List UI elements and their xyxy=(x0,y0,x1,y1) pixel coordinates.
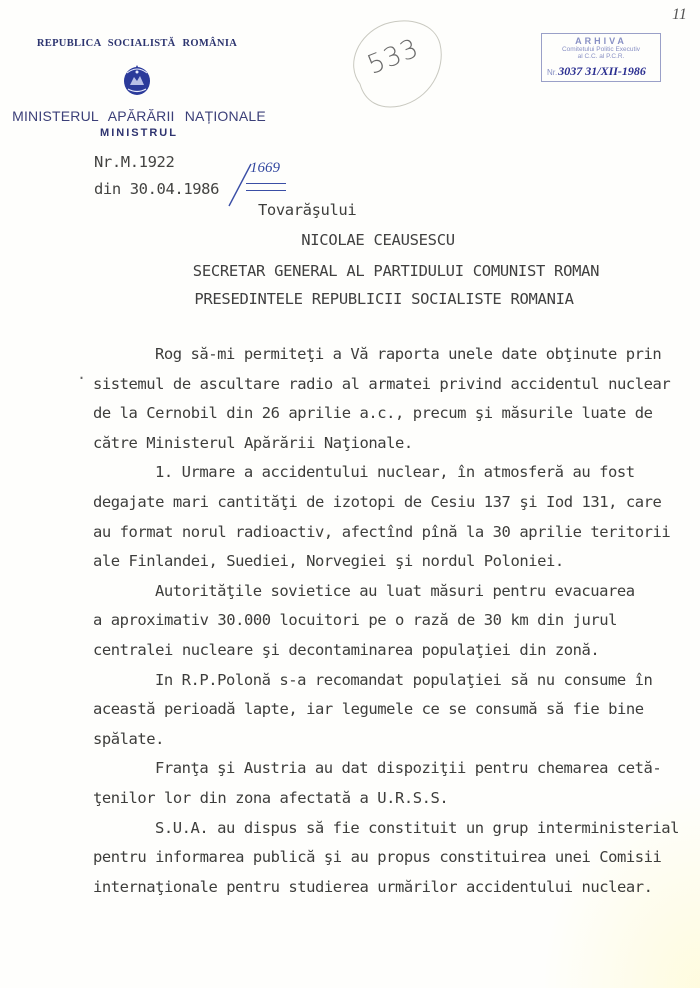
addressee-title-president: PRESEDINTELE REPUBLICII SOCIALISTE ROMAN… xyxy=(34,290,700,308)
body-line: au format norul radioactiv, afectînd pîn… xyxy=(93,518,693,548)
body-line: această perioadă lapte, iar legumele ce … xyxy=(93,695,693,725)
archive-stamp-nr-label: Nr. xyxy=(547,68,557,77)
stray-dot-mark: . xyxy=(77,365,86,383)
page-number-annotation: 11 xyxy=(672,6,687,24)
body-line: ţenilor lor din zona afectată a U.R.S.S. xyxy=(93,784,693,814)
letterhead-republic: REPUBLICA SOCIALISTĂ ROMÂNIA xyxy=(30,38,244,49)
body-line: ale Finlandei, Suediei, Norvegiei şi nor… xyxy=(93,547,693,577)
document-date: din 30.04.1986 xyxy=(94,180,219,198)
body-line: degajate mari cantităţi de izotopi de Ce… xyxy=(93,488,693,518)
body-line: spălate. xyxy=(93,725,693,755)
body-line: 1. Urmare a accidentului nuclear, în atm… xyxy=(93,458,693,488)
body-line: sistemul de ascultare radio al armatei p… xyxy=(93,370,693,400)
body-line: centralei nucleare şi decontaminarea pop… xyxy=(93,636,693,666)
archive-stamp-line2: al C.C. al P.C.R. xyxy=(542,53,660,60)
body-line: de la Cernobil din 26 aprilie a.c., prec… xyxy=(93,399,693,429)
salutation: Tovarăşului xyxy=(258,201,356,219)
archive-stamp-title: ARHIVA xyxy=(542,36,660,46)
handwritten-reference-number: 1669 xyxy=(250,160,280,177)
archive-stamp-nr-value: 3037 31/XII-1986 xyxy=(558,64,646,78)
body-line: In R.P.Polonă s-a recomandat populaţiei … xyxy=(93,666,693,696)
body-line: Rog să-mi permiteţi a Vă raporta unele d… xyxy=(93,340,693,370)
body-line: pentru informarea publică şi au propus c… xyxy=(93,843,693,873)
body-line: Autorităţile sovietice au luat măsuri pe… xyxy=(93,577,693,607)
body-line: internaţionale pentru studierea urmărilo… xyxy=(93,873,693,903)
coat-of-arms-icon xyxy=(121,63,153,97)
archive-stamp-number: Nr.3037 31/XII-1986 xyxy=(547,64,646,79)
document-reference-number: Nr.M.1922 xyxy=(94,153,174,171)
letterhead-ministry: MINISTERUL APĂRĂRII NAȚIONALE xyxy=(12,108,266,124)
addressee-name: NICOLAE CEAUSESCU xyxy=(28,231,700,249)
body-line: S.U.A. au dispus să fie constituit un gr… xyxy=(93,814,693,844)
addressee-title-party: SECRETAR GENERAL AL PARTIDULUI COMUNIST … xyxy=(46,262,700,280)
body-line: a aproximativ 30.000 locuitori pe o rază… xyxy=(93,606,693,636)
letter-body: Rog să-mi permiteţi a Vă raporta unele d… xyxy=(93,340,693,902)
body-line: Franţa şi Austria au dat dispoziţii pent… xyxy=(93,754,693,784)
body-line: către Ministerul Apărării Naţionale. xyxy=(93,429,693,459)
archive-stamp: ARHIVA Comitetului Politic Executiv al C… xyxy=(541,33,661,82)
handwritten-double-underline xyxy=(246,183,286,191)
letterhead-office: MINISTRUL xyxy=(12,127,266,139)
archive-stamp-line1: Comitetului Politic Executiv xyxy=(542,46,660,53)
